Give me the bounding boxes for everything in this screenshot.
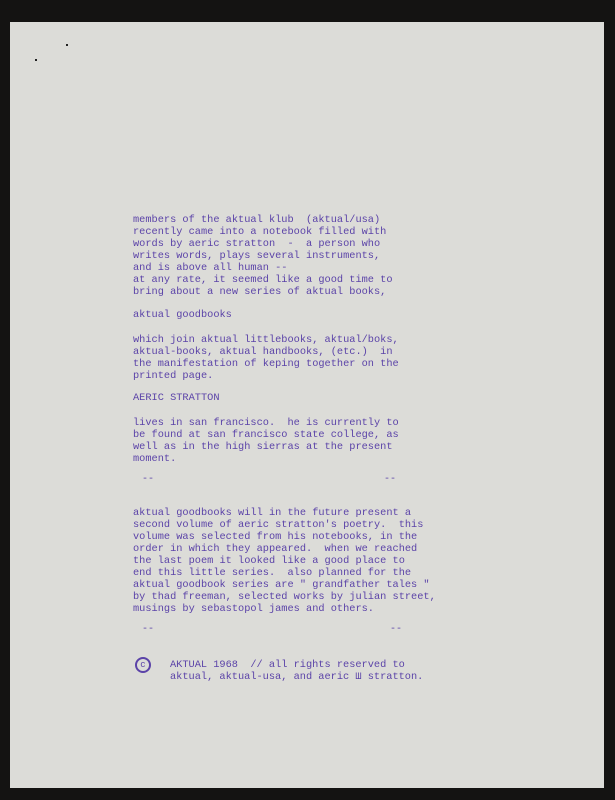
text-line: musings by sebastopol james and others. <box>133 603 436 615</box>
text-line: which join aktual littlebooks, aktual/bo… <box>133 334 399 346</box>
series-description: which join aktual littlebooks, aktual/bo… <box>133 334 399 382</box>
text-line: lives in san francisco. he is currently … <box>133 417 399 429</box>
text-line: be found at san francisco state college,… <box>133 429 399 441</box>
separator-left: -- <box>142 474 154 485</box>
text-line: at any rate, it seemed like a good time … <box>133 274 393 286</box>
paper-speck <box>66 44 68 46</box>
copyright-icon: c <box>135 657 151 673</box>
text-line: well as in the high sierras at the prese… <box>133 441 399 453</box>
future-paragraph: aktual goodbooks will in the future pres… <box>133 507 436 615</box>
text-line: aktual-books, aktual handbooks, (etc.) i… <box>133 346 399 358</box>
text-line: moment. <box>133 453 399 465</box>
separator-right: -- <box>384 474 396 485</box>
text-line: and is above all human -- <box>133 262 393 274</box>
text-line: words by aeric stratton - a person who <box>133 238 393 250</box>
text-line: the manifestation of keping together on … <box>133 358 399 370</box>
intro-paragraph: members of the aktual klub (aktual/usa)r… <box>133 214 393 298</box>
separator-right: -- <box>390 624 402 635</box>
text-line: AKTUAL 1968 // all rights reserved to <box>170 659 423 671</box>
text-line: members of the aktual klub (aktual/usa) <box>133 214 393 226</box>
series-title: aktual goodbooks <box>133 309 232 321</box>
copyright-notice: AKTUAL 1968 // all rights reserved toakt… <box>170 659 423 683</box>
text-line: recently came into a notebook filled wit… <box>133 226 393 238</box>
text-line: order in which they appeared. when we re… <box>133 543 436 555</box>
text-line: end this little series. also planned for… <box>133 567 436 579</box>
text-line: aktual goodbooks will in the future pres… <box>133 507 436 519</box>
paper-speck <box>35 59 37 61</box>
text-line: writes words, plays several instruments, <box>133 250 393 262</box>
text-line: volume was selected from his notebooks, … <box>133 531 436 543</box>
text-line: the last poem it looked like a good plac… <box>133 555 436 567</box>
text-line: aktual goodbook series are " grandfather… <box>133 579 436 591</box>
text-line: by thad freeman, selected works by julia… <box>133 591 436 603</box>
author-bio: lives in san francisco. he is currently … <box>133 417 399 465</box>
text-line: aktual, aktual-usa, and aeric Ш stratton… <box>170 671 423 683</box>
text-line: printed page. <box>133 370 399 382</box>
text-line: bring about a new series of aktual books… <box>133 286 393 298</box>
author-heading: AERIC STRATTON <box>133 392 220 404</box>
text-line: second volume of aeric stratton's poetry… <box>133 519 436 531</box>
separator-left: -- <box>142 624 154 635</box>
